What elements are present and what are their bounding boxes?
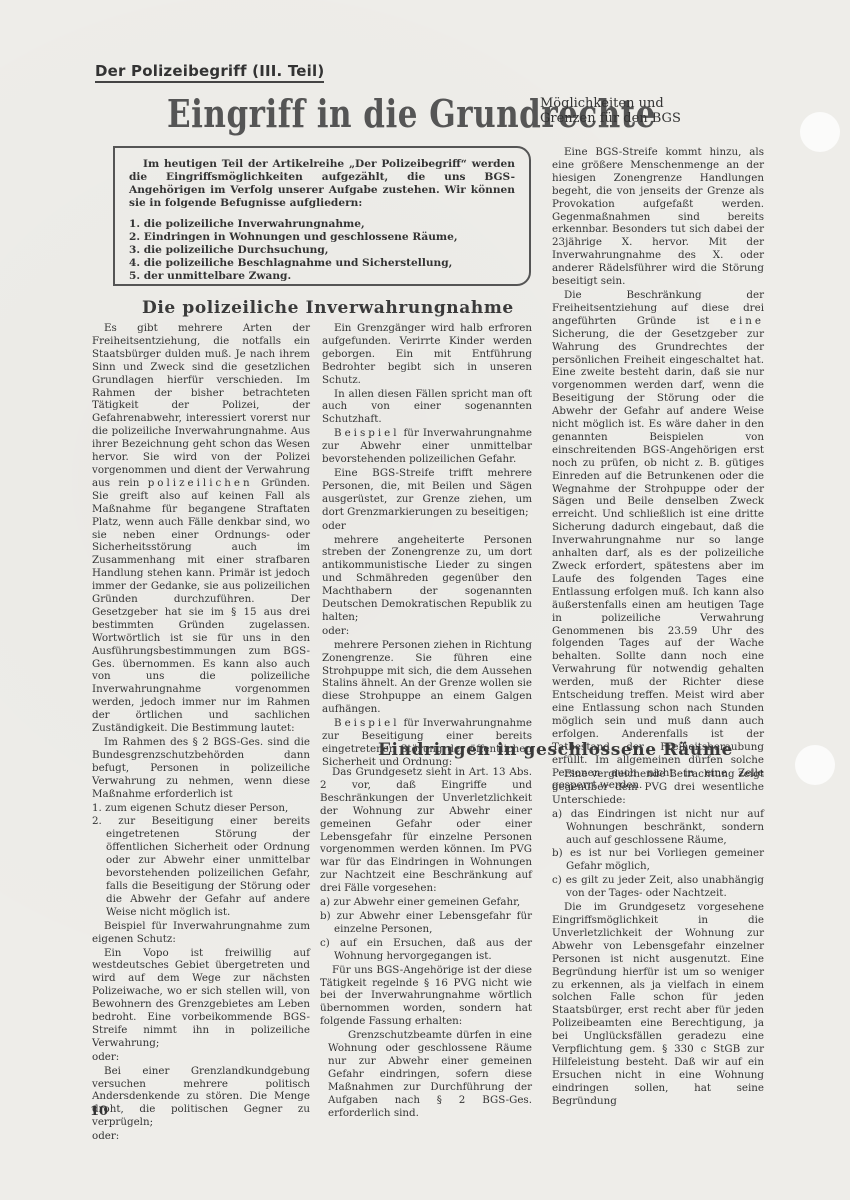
paragraph: mehrere Personen ziehen in Richtung Zone… <box>322 639 532 716</box>
list-item: b) zur Abwehr einer Lebensgefahr für ein… <box>320 910 532 936</box>
paragraph: Ein Vopo ist freiwillig auf westdeutsche… <box>92 947 310 1050</box>
paragraph: Eine BGS-Streife trifft mehrere Personen… <box>322 467 532 519</box>
column-2: Ein Grenzgänger wird halb erfroren aufge… <box>322 322 532 770</box>
section-heading-eindringen: Eindringen in geschlossene Räume <box>378 740 733 760</box>
column-3-section-2: Eine vergleichende Betrachtung zeigt geg… <box>552 768 764 1109</box>
paragraph: Bei einer Grenzlandkundgebung versuchen … <box>92 1065 310 1130</box>
paragraph: Für uns BGS-Angehörige ist der diese Tät… <box>320 964 532 1029</box>
column-2-section-2: Das Grundgesetz sieht in Art. 13 Abs. 2 … <box>320 766 532 1120</box>
punch-hole <box>800 112 840 152</box>
list-item: 2. zur Beseitigung einer bereits eingetr… <box>92 815 310 918</box>
paragraph: mehrere angeheiterte Personen streben de… <box>322 534 532 624</box>
paragraph: Es gibt mehrere Arten der Freiheitsentzi… <box>92 322 310 735</box>
paragraph: oder: <box>92 1130 310 1143</box>
intro-box: Im heutigen Teil der Artikelreihe „Der P… <box>113 146 531 286</box>
subtitle-line-2: Grenzen für den BGS <box>540 111 681 126</box>
subtitle-line-1: Möglichkeiten und <box>540 96 681 111</box>
paragraph: Die im Grundgesetz vorgesehene Eingriffs… <box>552 901 764 1108</box>
paragraph: In allen diesen Fällen spricht man oft a… <box>322 388 532 427</box>
paragraph: oder: <box>322 625 532 638</box>
paragraph: oder <box>322 520 532 533</box>
article-subtitle: Möglichkeiten und Grenzen für den BGS <box>540 96 681 126</box>
intro-item: 4. die polizeiliche Beschlagnahme und Si… <box>129 257 515 270</box>
intro-list: 1. die polizeiliche Inverwahrungnahme, 2… <box>129 218 515 283</box>
list-item: a) zur Abwehr einer gemeinen Gefahr, <box>320 896 532 909</box>
intro-item: 1. die polizeiliche Inverwahrungnahme, <box>129 218 515 231</box>
paragraph: Ein Grenzgänger wird halb erfroren aufge… <box>322 322 532 387</box>
paragraph: oder: <box>92 1051 310 1064</box>
paragraph: Eine BGS-Streife kommt hinzu, als eine g… <box>552 146 764 288</box>
list-item: c) es gilt zu jeder Zeit, also unabhängi… <box>552 874 764 900</box>
column-3: Eine BGS-Streife kommt hinzu, als eine g… <box>552 146 764 793</box>
series-label: Der Polizeibegriff (III. Teil) <box>95 62 324 83</box>
paragraph: Die Beschränkung der Freiheitsentziehung… <box>552 289 764 792</box>
intro-item: 3. die polizeiliche Durchsuchung, <box>129 244 515 257</box>
column-1: Es gibt mehrere Arten der Freiheitsentzi… <box>92 322 310 1144</box>
paragraph: Im Rahmen des § 2 BGS-Ges. sind die Bund… <box>92 736 310 801</box>
intro-text: Im heutigen Teil der Artikelreihe „Der P… <box>129 158 515 210</box>
page-number: 10 <box>90 1104 108 1119</box>
list-item: b) es ist nur bei Vorliegen gemeiner Gef… <box>552 847 764 873</box>
section-heading-inverwahrungnahme: Die polizeiliche Inverwahrungnahme <box>142 298 514 318</box>
paragraph: Beispiel für Inverwahrungnahme zum eigen… <box>92 920 310 946</box>
intro-item: 2. Eindringen in Wohnungen und geschloss… <box>129 231 515 244</box>
legal-quote: Grenzschutzbeamte dürfen in eine Wohnung… <box>320 1029 532 1119</box>
magazine-page: Der Polizeibegriff (III. Teil) Eingriff … <box>0 0 850 1200</box>
paragraph: Das Grundgesetz sieht in Art. 13 Abs. 2 … <box>320 766 532 895</box>
list-item: 1. zum eigenen Schutz dieser Person, <box>92 802 310 815</box>
intro-item: 5. der unmittelbare Zwang. <box>129 270 515 283</box>
list-item: a) das Eindringen ist nicht nur auf Wohn… <box>552 808 764 847</box>
paragraph: Beispiel für Inverwahrungnahme zur Abweh… <box>322 427 532 466</box>
list-item: c) auf ein Ersuchen, daß aus der Wohnung… <box>320 937 532 963</box>
paragraph: Eine vergleichende Betrachtung zeigt geg… <box>552 768 764 807</box>
punch-hole <box>795 745 835 785</box>
